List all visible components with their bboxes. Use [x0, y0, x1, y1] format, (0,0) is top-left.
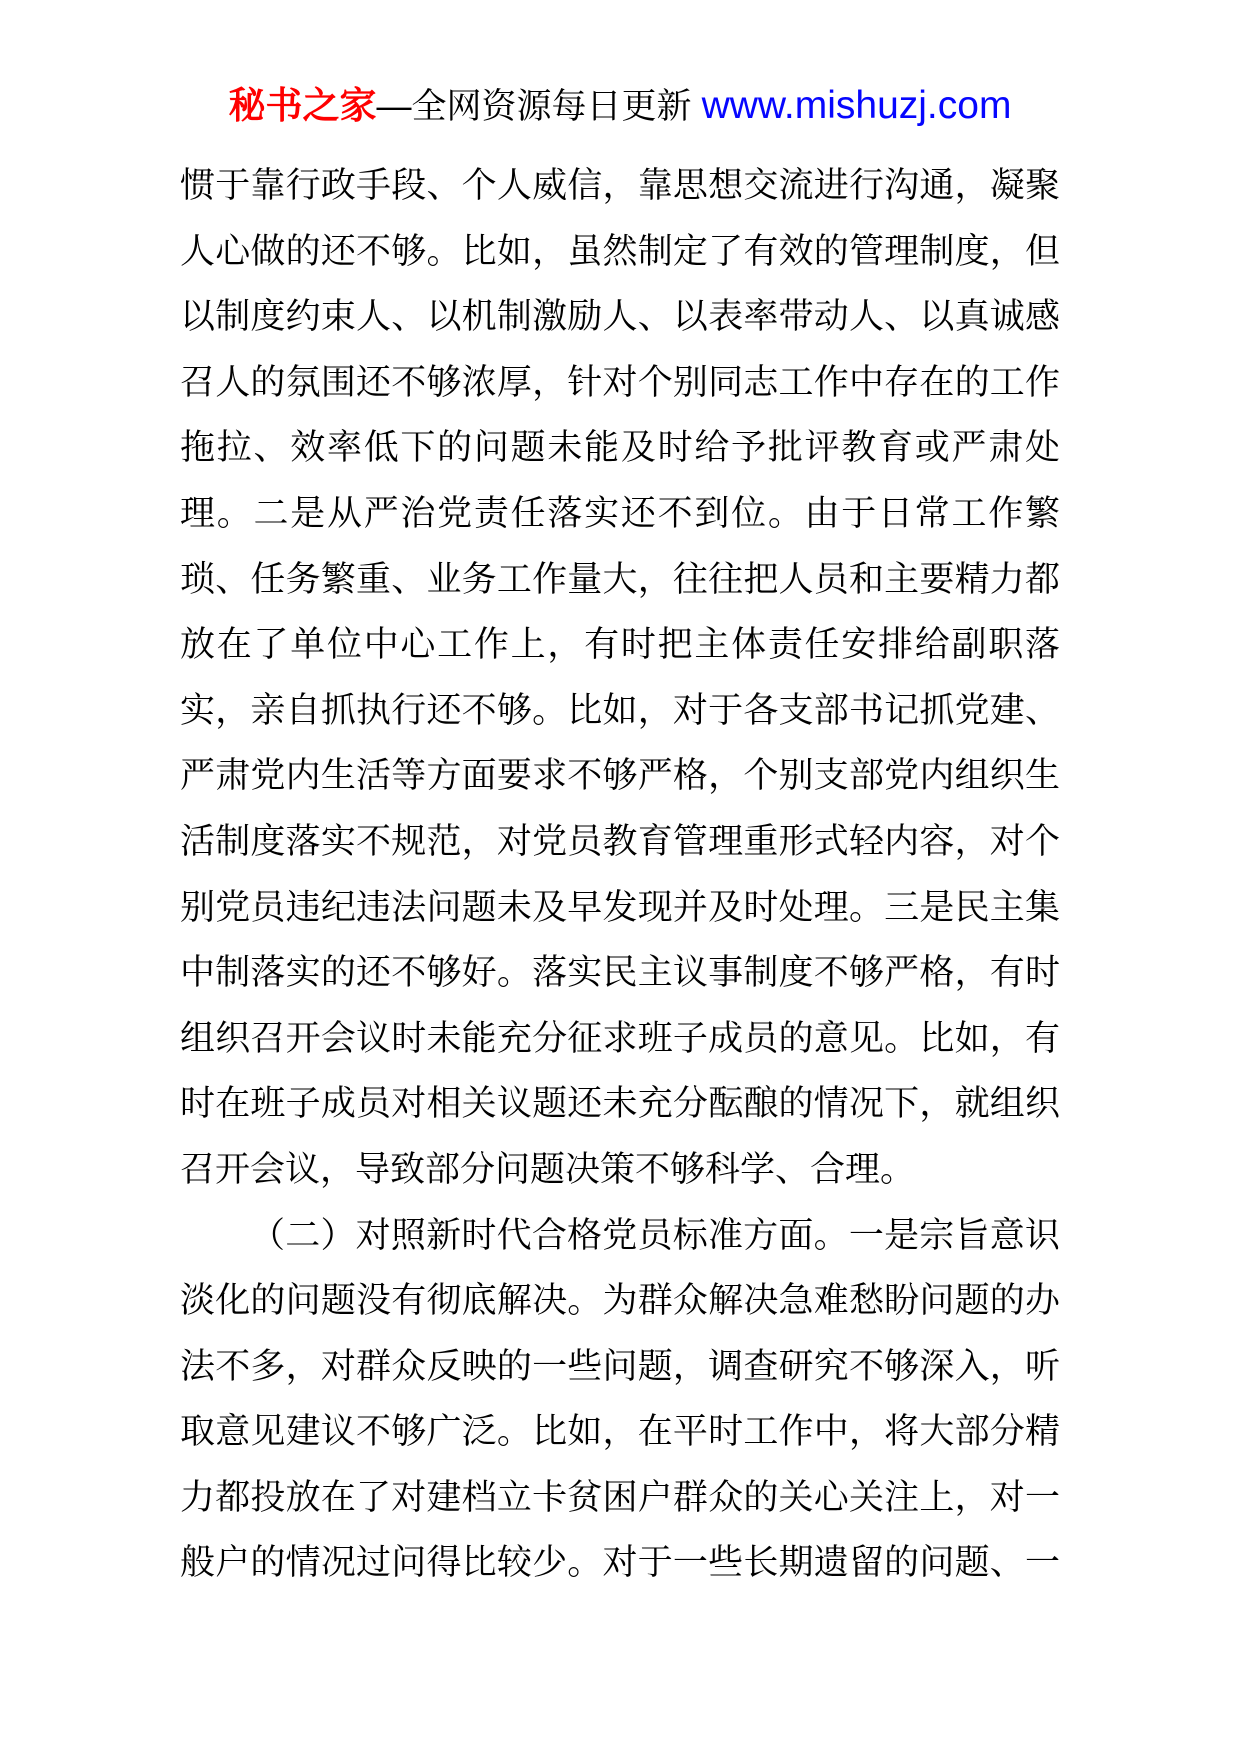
text-line: 取意见建议不够广泛。比如，在平时工作中，将大部分精 [180, 1399, 1060, 1465]
text-line: 严肃党内生活等方面要求不够严格，个别支部党内组织生 [180, 743, 1060, 809]
text-line: 般户的情况过问得比较少。对于一些长期遗留的问题、一 [180, 1530, 1060, 1596]
text-line: 以制度约束人、以机制激励人、以表率带动人、以真诚感 [180, 284, 1060, 350]
text-line: 理。二是从严治党责任落实还不到位。由于日常工作繁 [180, 481, 1060, 547]
text-line: 人心做的还不够。比如，虽然制定了有效的管理制度，但 [180, 219, 1060, 285]
text-line: 实，亲自抓执行还不够。比如，对于各支部书记抓党建、 [180, 678, 1060, 744]
text-line: （二）对照新时代合格党员标准方面。一是宗旨意识 [180, 1203, 1060, 1269]
text-line: 时在班子成员对相关议题还未充分酝酿的情况下，就组织 [180, 1071, 1060, 1137]
text-line: 活制度落实不规范，对党员教育管理重形式轻内容，对个 [180, 809, 1060, 875]
text-line: 组织召开会议时未能充分征求班子成员的意见。比如，有 [180, 1006, 1060, 1072]
text-line: 琐、任务繁重、业务工作量大，往往把人员和主要精力都 [180, 547, 1060, 613]
text-line: 淡化的问题没有彻底解决。为群众解决急难愁盼问题的办 [180, 1268, 1060, 1334]
page-header: 秘书之家—全网资源每日更新www.mishuzj.com [0, 76, 1240, 144]
site-url-link[interactable]: www.mishuzj.com [702, 84, 1012, 127]
document-page: 秘书之家—全网资源每日更新www.mishuzj.com 惯于靠行政手段、个人威… [0, 0, 1240, 1754]
text-line: 拖拉、效率低下的问题未能及时给予批评教育或严肃处 [180, 415, 1060, 481]
text-line: 放在了单位中心工作上，有时把主体责任安排给副职落 [180, 612, 1060, 678]
text-line: 召人的氛围还不够浓厚，针对个别同志工作中存在的工作 [180, 350, 1060, 416]
text-line: 力都投放在了对建档立卡贫困户群众的关心关注上，对一 [180, 1465, 1060, 1531]
site-brand: 秘书之家 [229, 85, 377, 126]
text-line: 召开会议，导致部分问题决策不够科学、合理。 [180, 1137, 1060, 1203]
text-line: 别党员违纪违法问题未及早发现并及时处理。三是民主集 [180, 875, 1060, 941]
site-tagline: —全网资源每日更新 [377, 87, 692, 126]
text-line: 法不多，对群众反映的一些问题，调查研究不够深入，听 [180, 1334, 1060, 1400]
text-line: 中制落实的还不够好。落实民主议事制度不够严格，有时 [180, 940, 1060, 1006]
document-body: 惯于靠行政手段、个人威信，靠思想交流进行沟通，凝聚人心做的还不够。比如，虽然制定… [180, 153, 1060, 1596]
text-line: 惯于靠行政手段、个人威信，靠思想交流进行沟通，凝聚 [180, 153, 1060, 219]
